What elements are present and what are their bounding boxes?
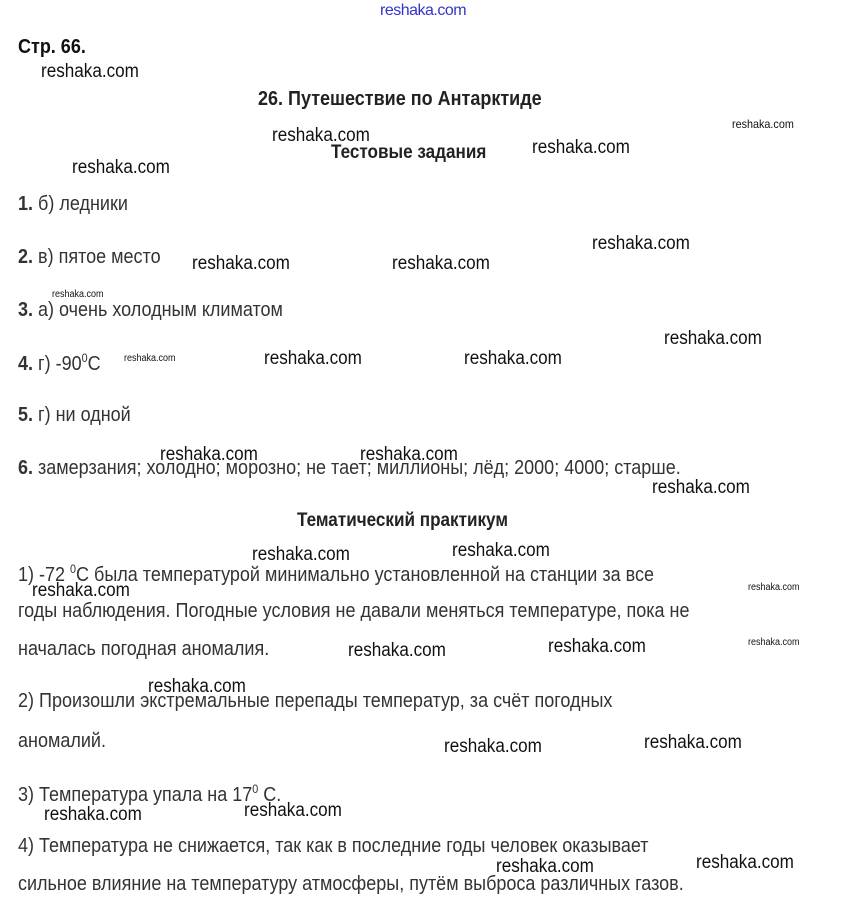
watermark: reshaka.com bbox=[192, 253, 290, 275]
watermark: reshaka.com bbox=[732, 117, 794, 131]
watermark: reshaka.com bbox=[696, 852, 794, 874]
watermark: reshaka.com bbox=[72, 157, 170, 179]
watermark: reshaka.com bbox=[452, 540, 550, 562]
watermark: reshaka.com bbox=[644, 732, 742, 754]
watermark: reshaka.com bbox=[52, 289, 104, 300]
watermark: reshaka.com bbox=[748, 637, 800, 648]
watermark: reshaka.com bbox=[652, 477, 750, 499]
watermark: reshaka.com bbox=[124, 353, 176, 364]
answer-6: 6. замерзания; холодно; морозно; не тает… bbox=[18, 457, 681, 480]
practicum-2-line-1: 2) Произошли экстремальные перепады темп… bbox=[18, 690, 612, 713]
answer-4: 4. г) -900С bbox=[18, 351, 101, 376]
watermark: reshaka.com bbox=[444, 736, 542, 758]
practicum-2-line-2: аномалий. bbox=[18, 730, 106, 753]
watermark: reshaka.com bbox=[272, 125, 370, 147]
watermark: reshaka.com bbox=[464, 348, 562, 370]
watermark: reshaka.com bbox=[252, 544, 350, 566]
watermark: reshaka.com bbox=[592, 233, 690, 255]
watermark: reshaka.com bbox=[148, 676, 246, 698]
watermark: reshaka.com bbox=[41, 61, 139, 83]
page-label: Стр. 66. bbox=[18, 36, 86, 59]
watermark: reshaka.com bbox=[548, 636, 646, 658]
practicum-1-line-3: началась погодная аномалия. bbox=[18, 638, 269, 661]
answer-2: 2. в) пятое место bbox=[18, 246, 161, 269]
practicum-1-line-2: годы наблюдения. Погодные условия не дав… bbox=[18, 600, 689, 623]
watermark: reshaka.com bbox=[664, 328, 762, 350]
watermark: reshaka.com bbox=[532, 137, 630, 159]
watermark: reshaka.com bbox=[32, 580, 130, 602]
answer-1: 1. б) ледники bbox=[18, 193, 128, 216]
practicum-4-line-1: 4) Температура не снижается, так как в п… bbox=[18, 835, 649, 858]
watermark: reshaka.com bbox=[348, 640, 446, 662]
chapter-title: 26. Путешествие по Антарктиде bbox=[258, 88, 542, 111]
watermark: reshaka.com bbox=[264, 348, 362, 370]
practicum-heading: Тематический практикум bbox=[297, 510, 508, 532]
watermark: reshaka.com bbox=[360, 444, 458, 466]
watermark: reshaka.com bbox=[496, 856, 594, 878]
watermark: reshaka.com bbox=[44, 804, 142, 826]
answer-5: 5. г) ни одной bbox=[18, 404, 131, 427]
answer-3: 3. а) очень холодным климатом bbox=[18, 299, 283, 322]
watermark: reshaka.com bbox=[748, 582, 800, 593]
top-watermark: reshaka.com bbox=[380, 2, 466, 20]
watermark: reshaka.com bbox=[244, 800, 342, 822]
watermark: reshaka.com bbox=[160, 444, 258, 466]
watermark: reshaka.com bbox=[392, 253, 490, 275]
